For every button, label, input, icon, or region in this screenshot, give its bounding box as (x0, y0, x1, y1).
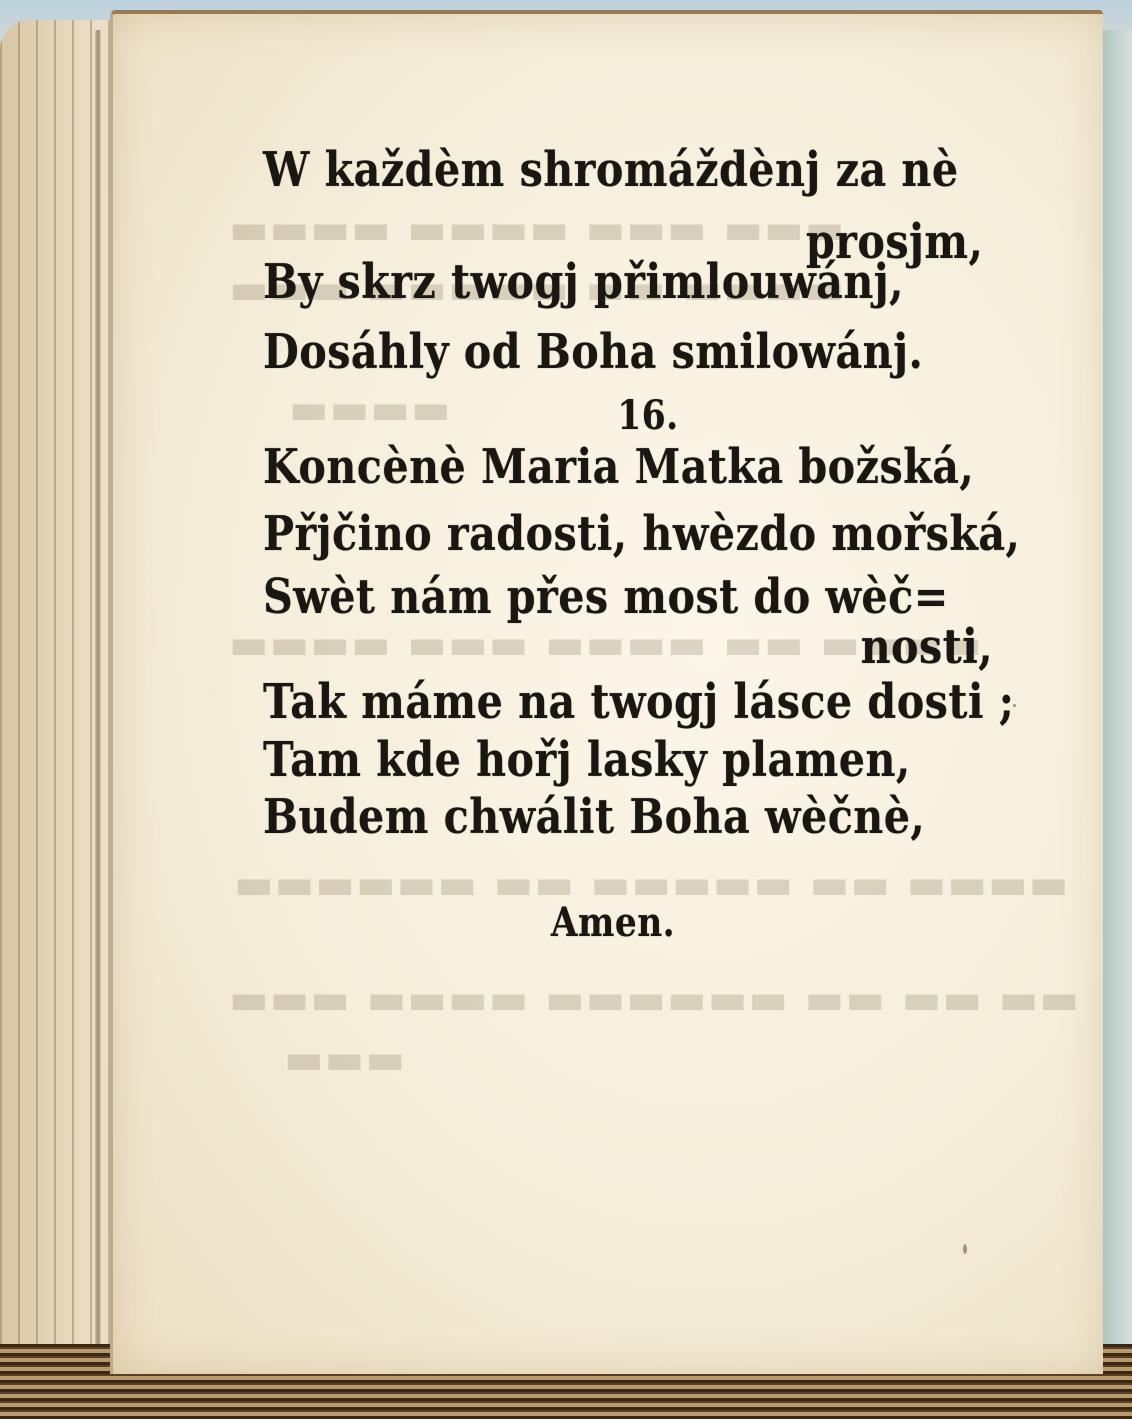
verse-line: Tam kde hořj lasky plamen, (263, 732, 911, 788)
closing-amen: Amen. (183, 899, 1043, 946)
bleed-through-text: ▬▬▬ (283, 1034, 405, 1083)
paper-speck (1013, 704, 1016, 707)
verse-line: W každèm shromáždènj za nè (263, 142, 959, 198)
paper-speck (963, 1244, 967, 1254)
verse-number: 16. (188, 392, 1108, 439)
verse-line: Swèt nám přes most do wèč= (263, 569, 949, 625)
verse-line: Koncènè Maria Matka božská, (263, 439, 974, 495)
verse-line-continuation: nosti, (861, 619, 993, 675)
bleed-through-text: ▬▬▬ ▬▬▬ ▬▬▬▬ ▬▬▬▬ (228, 204, 844, 253)
verse-line: Dosáhly od Boha smilowánj. (263, 324, 923, 380)
verse-line: Přjčino radosti, hwèzdo mořská, (263, 506, 1020, 562)
verse-line: Tak máme na twogj lásce dosti ; (263, 674, 1014, 730)
verse-line: Budem chwálit Boha wèčnè, (263, 789, 925, 845)
verse-line: By skrz twogj přimlouwánj, (263, 254, 904, 310)
book-page: ▬▬▬ ▬▬▬ ▬▬▬▬ ▬▬▬▬ ▬▬▬▬ ▬▬ ▬▬▬▬▬ ▬▬▬ ▬▬▬▬… (110, 10, 1103, 1374)
bleed-through-text: ▬▬ ▬▬ ▬▬ ▬▬▬▬▬▬ ▬▬▬▬ ▬▬▬ (228, 974, 1079, 1023)
